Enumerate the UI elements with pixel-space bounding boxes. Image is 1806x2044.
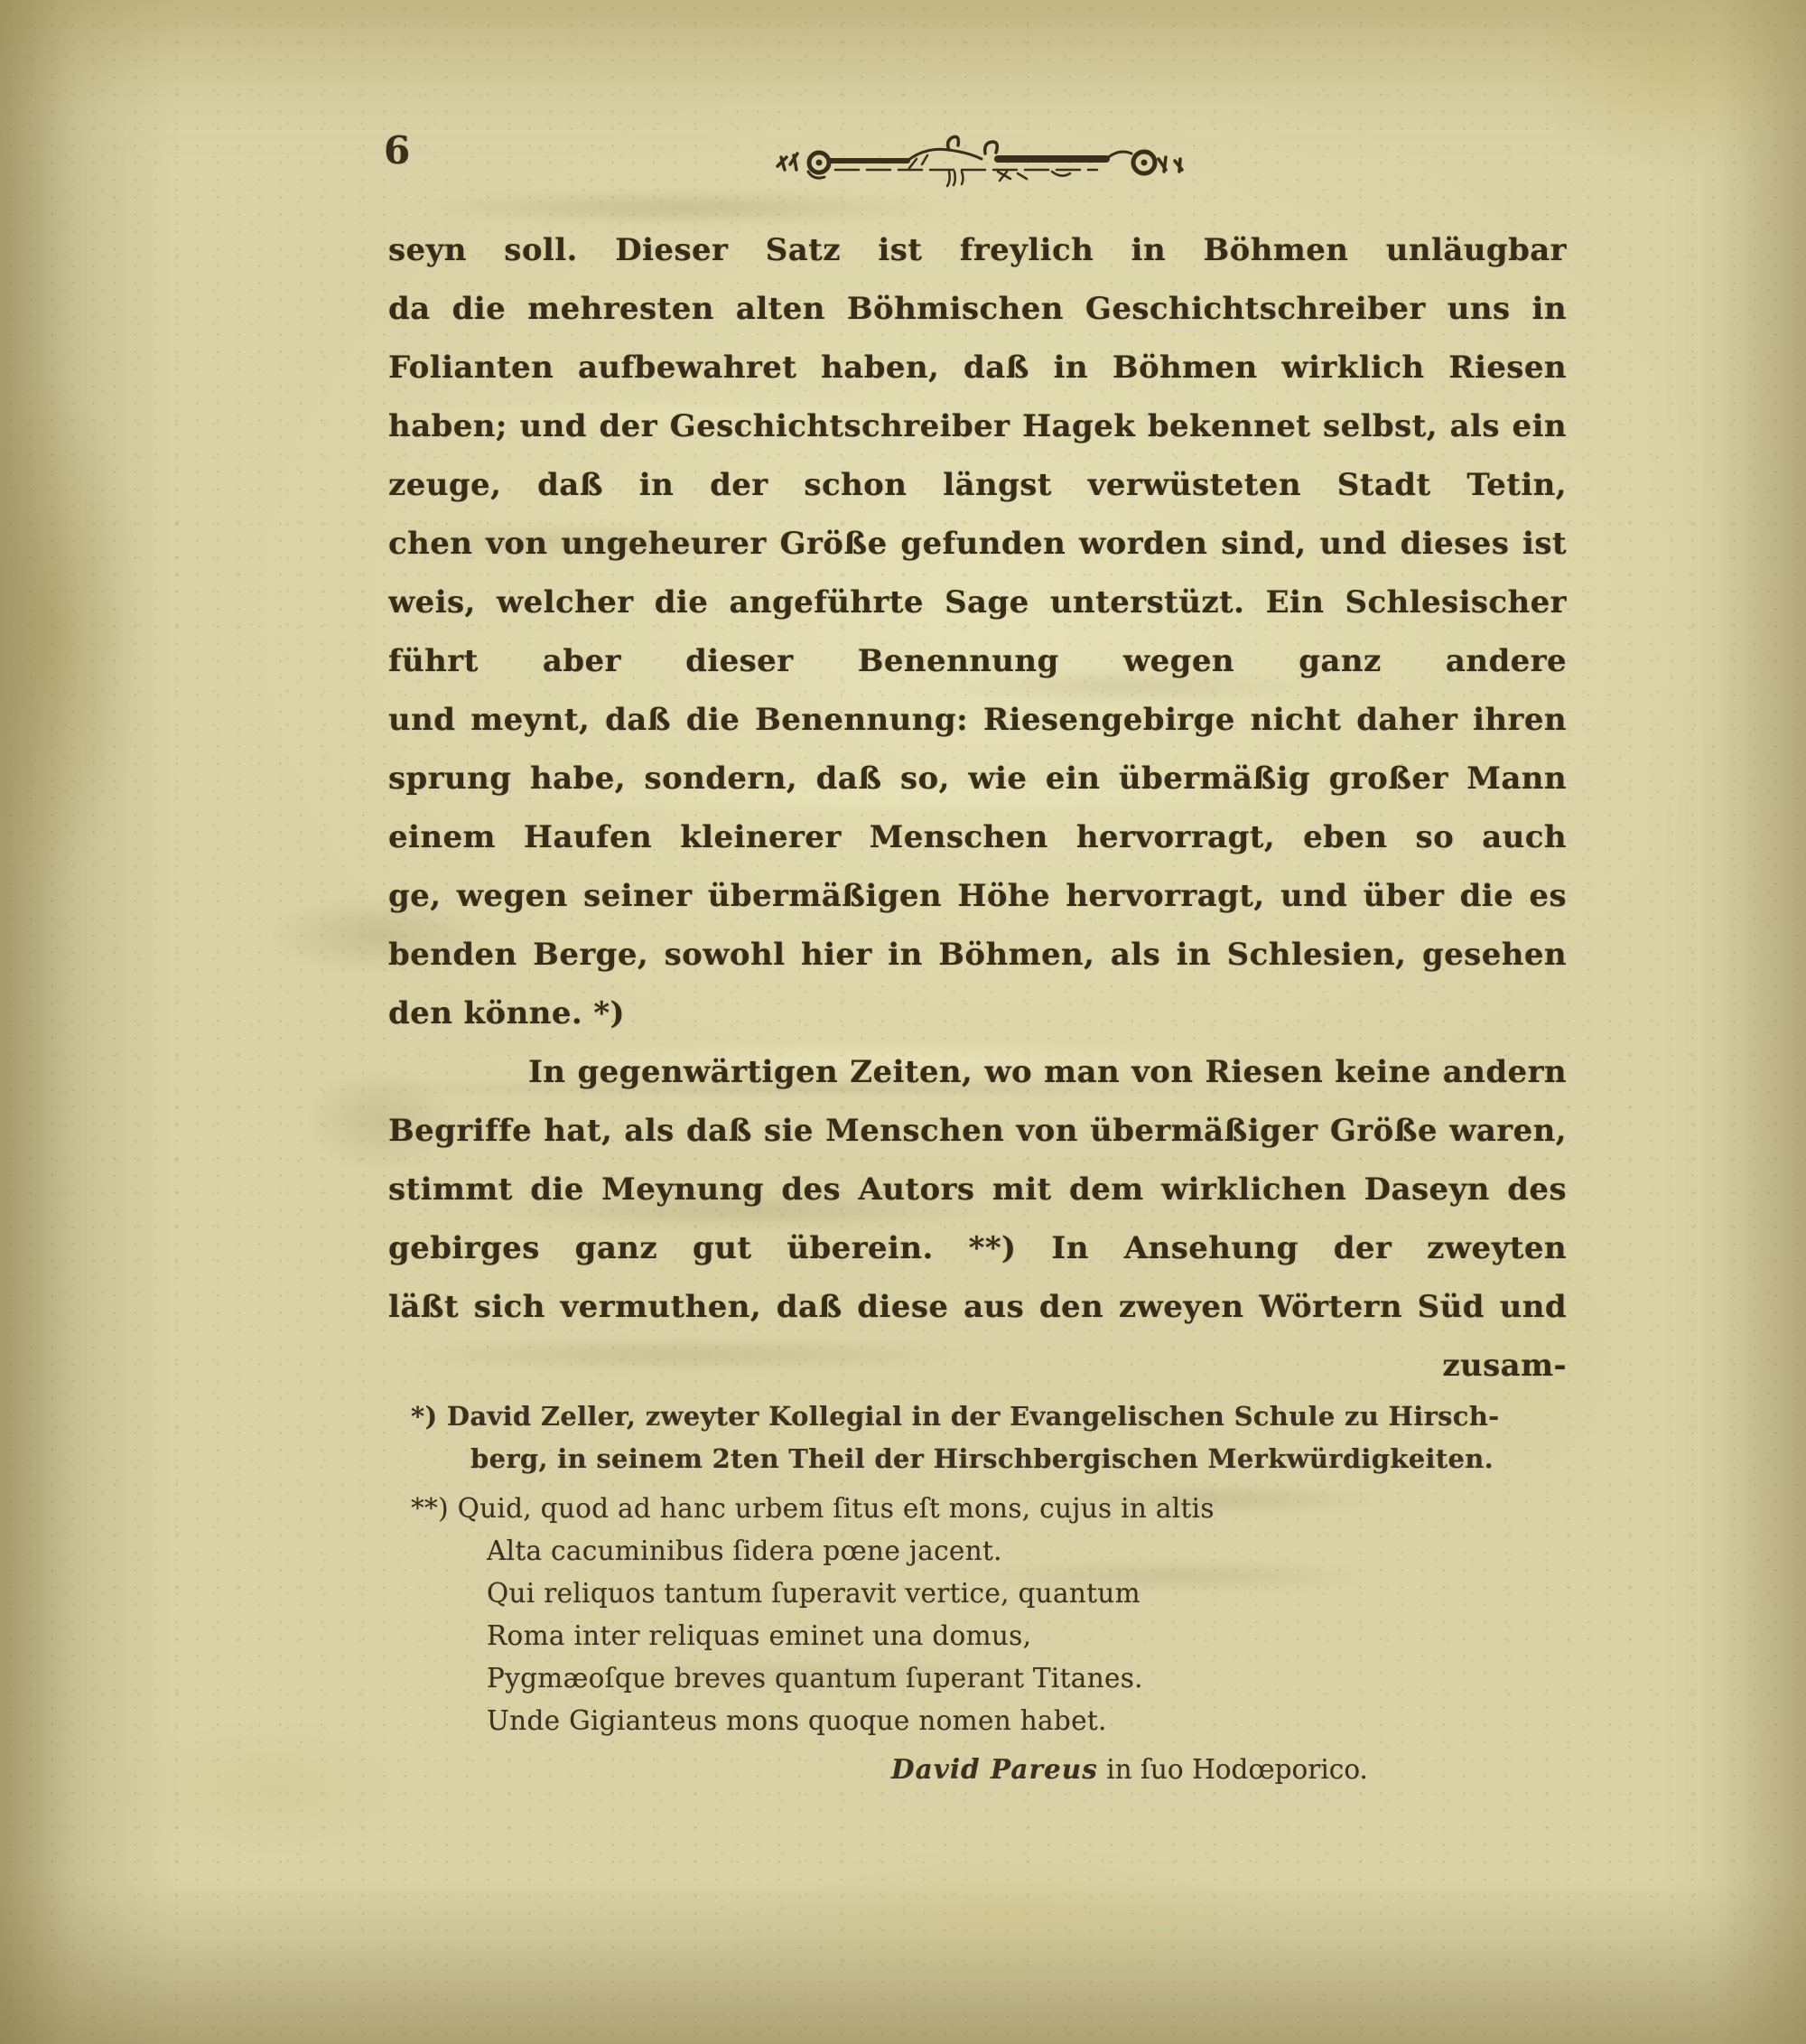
footnote-2: **) Quid, quod ad hanc urbem ſitus eſt m…: [411, 1488, 1567, 1790]
footnotes: *) David Zeller, zweyter Kollegial in de…: [411, 1395, 1567, 1790]
body-line: weis, welcher die angeführte Sage unters…: [388, 574, 1567, 632]
body-line: den könne. *): [388, 985, 1567, 1043]
footnote-line: *) David Zeller, zweyter Kollegial in de…: [411, 1395, 1567, 1438]
body-line: läßt sich vermuthen, daß diese aus den z…: [388, 1278, 1567, 1337]
footnote-line: Unde Gigianteus mons quoque nomen habet.: [411, 1700, 1567, 1742]
body-line: chen von ungeheurer Größe gefunden worde…: [388, 515, 1567, 574]
body-line: gebirges ganz gut überein. **) In Ansehu…: [388, 1219, 1567, 1278]
footnote-attribution: David Pareus in ſuo Hodœporico.: [411, 1748, 1567, 1790]
attribution-author: David Pareus: [891, 1753, 1098, 1785]
body-text: seyn soll. Dieser Satz ist freylich in B…: [388, 221, 1567, 1395]
body-line: zeuge, daß in der schon längst verwüstet…: [388, 456, 1567, 515]
body-line: stimmt die Meynung des Autors mit dem wi…: [388, 1161, 1567, 1219]
footnote-1: *) David Zeller, zweyter Kollegial in de…: [411, 1395, 1567, 1480]
body-line: da die mehresten alten Böhmischen Geschi…: [388, 280, 1567, 339]
body-line: In gegenwärtigen Zeiten, wo man von Ries…: [388, 1043, 1567, 1102]
body-line: sprung habe, sondern, daß so, wie ein üb…: [388, 750, 1567, 808]
footnote-line: Alta cacuminibus ſidera pœne jacent.: [411, 1530, 1567, 1573]
body-line: Begriffe hat, als daß sie Menschen von ü…: [388, 1102, 1567, 1161]
headpiece-ornament-icon: [772, 132, 1196, 195]
body-line: führt aber dieser Benennung wegen ganz a…: [388, 632, 1567, 691]
body-line: seyn soll. Dieser Satz ist freylich in B…: [388, 221, 1567, 280]
body-line: haben; und der Geschichtschreiber Hagek …: [388, 397, 1567, 456]
catchword: zusam-: [388, 1337, 1567, 1395]
body-line: ge, wegen seiner übermäßigen Höhe hervor…: [388, 867, 1567, 926]
attribution-work: in ſuo Hodœporico.: [1098, 1754, 1368, 1785]
footnote-line: berg, in seinem 2ten Theil der Hirschber…: [411, 1438, 1567, 1480]
footnote-line: **) Quid, quod ad hanc urbem ſitus eſt m…: [411, 1488, 1567, 1530]
body-line: einem Haufen kleinerer Menschen hervorra…: [388, 808, 1567, 867]
page-number: 6: [384, 128, 410, 173]
body-line: und meynt, daß die Benennung: Riesengebi…: [388, 691, 1567, 750]
body-line: benden Berge, sowohl hier in Böhmen, als…: [388, 926, 1567, 985]
body-line: Folianten aufbewahret haben, daß in Böhm…: [388, 339, 1567, 397]
scanned-book-page: 6: [0, 0, 1806, 2044]
footnote-line: Roma inter reliquas eminet una domus,: [411, 1615, 1567, 1657]
footnote-line: Qui reliquos tantum ſuperavit vertice, q…: [411, 1573, 1567, 1615]
footnote-line: Pygmæoſque breves quantum ſuperant Titan…: [411, 1657, 1567, 1700]
